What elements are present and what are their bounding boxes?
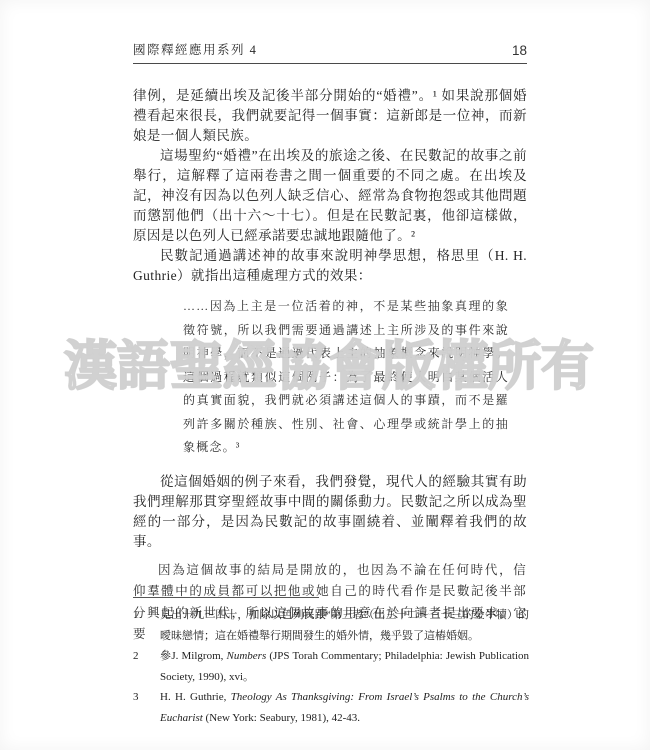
footnote-number: 2 [133, 646, 160, 667]
footnote-text-pre: H. H. Guthrie, [160, 691, 231, 703]
paragraph-covenant-wedding: 這場聖約“婚禮”在出埃及的旅途之後、在民數記的故事之前舉行，這解釋了這兩卷書之間… [133, 146, 527, 246]
footnote-text: 參J. Milgrom, Numbers (JPS Torah Commenta… [160, 646, 529, 687]
footnote-number: 3 [133, 687, 160, 708]
footnote-text-italic: Numbers [227, 650, 267, 662]
footnotes-section: 1 見出十九～四十，扣除以色列民跟“第三者”（出三十二～三十三的金牛犢）的曖昧戀… [133, 597, 529, 728]
footnote-text: 見出十九～四十，扣除以色列民跟“第三者”（出三十二～三十三的金牛犢）的曖昧戀情；… [160, 605, 529, 646]
footnote-text-post: (New York: Seabury, 1981), 42-43. [203, 712, 360, 724]
page-header: 國際釋經應用系列 4 18 [133, 0, 527, 58]
footnote-separator-rule [133, 597, 319, 598]
document-page: 國際釋經應用系列 4 18 律例，是延續出埃及記後半部分開始的“婚禮”。¹ 如果… [0, 0, 650, 750]
header-rule [133, 63, 527, 64]
body-text: 律例，是延續出埃及記後半部分開始的“婚禮”。¹ 如果說那個婚禮看起來很長，我們就… [133, 86, 527, 646]
footnote-number: 1 [133, 605, 160, 626]
footnote-3: 3 H. H. Guthrie, Theology As Thanksgivin… [133, 687, 529, 728]
block-quote-guthrie: ……因為上主是一位活着的神，不是某些抽象真理的象徵符號，所以我們需要通過講述上主… [133, 295, 527, 460]
page-number: 18 [512, 43, 527, 58]
paragraph-guthrie-intro: 民數記通過講述神的故事來說明神學思想，格思里（H. H. Guthrie）就指出… [133, 246, 527, 286]
footnote-text: H. H. Guthrie, Theology As Thanksgiving:… [160, 687, 529, 728]
paragraph-marriage-example: 從這個婚姻的例子來看，我們發覺，現代人的經驗其實有助我們理解那貫穿聖經故事中間的… [133, 472, 527, 552]
running-title: 國際釋經應用系列 4 [133, 40, 257, 58]
footnote-1: 1 見出十九～四十，扣除以色列民跟“第三者”（出三十二～三十三的金牛犢）的曖昧戀… [133, 605, 529, 646]
footnote-2: 2 參J. Milgrom, Numbers (JPS Torah Commen… [133, 646, 529, 687]
footnote-text-pre: 見出十九～四十，扣除以色列民跟“第三者”（出三十二～三十三的金牛犢）的曖昧戀情；… [160, 609, 529, 642]
paragraph-continuation: 律例，是延續出埃及記後半部分開始的“婚禮”。¹ 如果說那個婚禮看起來很長，我們就… [133, 86, 527, 146]
footnote-text-pre: 參J. Milgrom, [160, 650, 227, 662]
